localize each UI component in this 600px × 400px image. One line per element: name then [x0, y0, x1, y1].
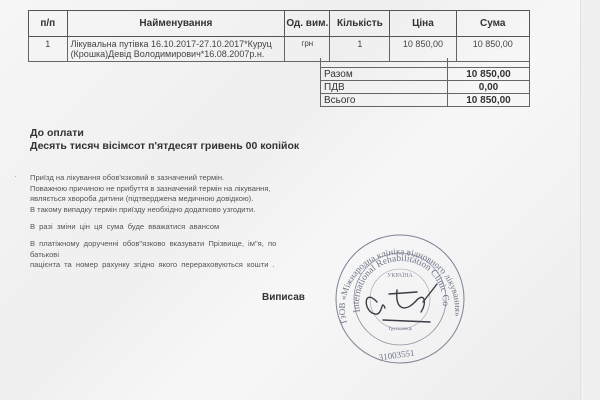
summary-spacer-row [321, 58, 530, 68]
note-line: являється хвороба дитини (підтверджена м… [30, 194, 271, 205]
summary-row-grand-total: Всього 10 850,00 [321, 94, 530, 107]
table-header-row: п/п Найменування Од. вим. Кількість Ціна… [29, 11, 530, 37]
cell-name: Лікувальна путівка 16.10.2017-27.10.2017… [67, 37, 285, 62]
header-sum: Сума [456, 11, 530, 37]
summary-value: 10 850,00 [448, 94, 530, 107]
signed-by-label: Виписав [262, 292, 305, 303]
price-change-note: В разі зміни цін ця сума буде вважатися … [30, 222, 219, 231]
summary-row-total: Разом 10 850,00 [321, 68, 530, 81]
note-line: В такому випадку термін приїзду необхідн… [30, 205, 271, 216]
summary-value: 0,00 [448, 81, 530, 94]
payment-title: До оплати [30, 127, 299, 140]
summary-row-vat: ПДВ 0,00 [321, 81, 530, 94]
header-name: Найменування [67, 11, 285, 37]
header-qty: Кількість [330, 11, 390, 37]
note-line: Приїзд на лікування обов'язковий в зазна… [30, 173, 271, 184]
header-price: Ціна [390, 11, 456, 37]
summary-label: ПДВ [321, 81, 448, 94]
invoice-table: п/п Найменування Од. вим. Кількість Ціна… [28, 10, 530, 62]
payment-order-note: В платіжному дорученні обов"язково вказу… [30, 239, 308, 271]
note-line: пацієнта та номер рахунку згідно якого п… [30, 260, 308, 271]
svg-text:31003551: 31003551 [378, 348, 415, 363]
paper-edge [580, 0, 600, 400]
company-stamp-icon: ТзОВ «Міжнародна клініка відновного ліку… [325, 232, 475, 367]
note-line: Поважною причиною не прибуття в зазначен… [30, 184, 271, 195]
summary-value: 10 850,00 [448, 68, 530, 81]
payment-block: До оплати Десять тисяч вісімсот п'ятдеся… [30, 127, 299, 153]
note-line: В платіжному дорученні обов"язково вказу… [30, 239, 308, 260]
header-unit: Од. вим. [285, 11, 330, 37]
svg-text:Трускавець: Трускавець [388, 327, 413, 332]
summary-table: Разом 10 850,00 ПДВ 0,00 Всього 10 850,0… [320, 58, 530, 107]
header-num: п/п [29, 11, 68, 37]
payment-amount-words: Десять тисяч вісімсот п'ятдесят гривень … [30, 140, 299, 153]
arrival-notes: Приїзд на лікування обов'язковий в зазна… [30, 173, 271, 215]
svg-text:УКРАЇНА: УКРАЇНА [387, 272, 413, 279]
summary-label: Разом [321, 68, 448, 81]
bullet-mark: · [14, 172, 17, 181]
cell-num: 1 [29, 37, 68, 62]
summary-label: Всього [321, 94, 448, 107]
